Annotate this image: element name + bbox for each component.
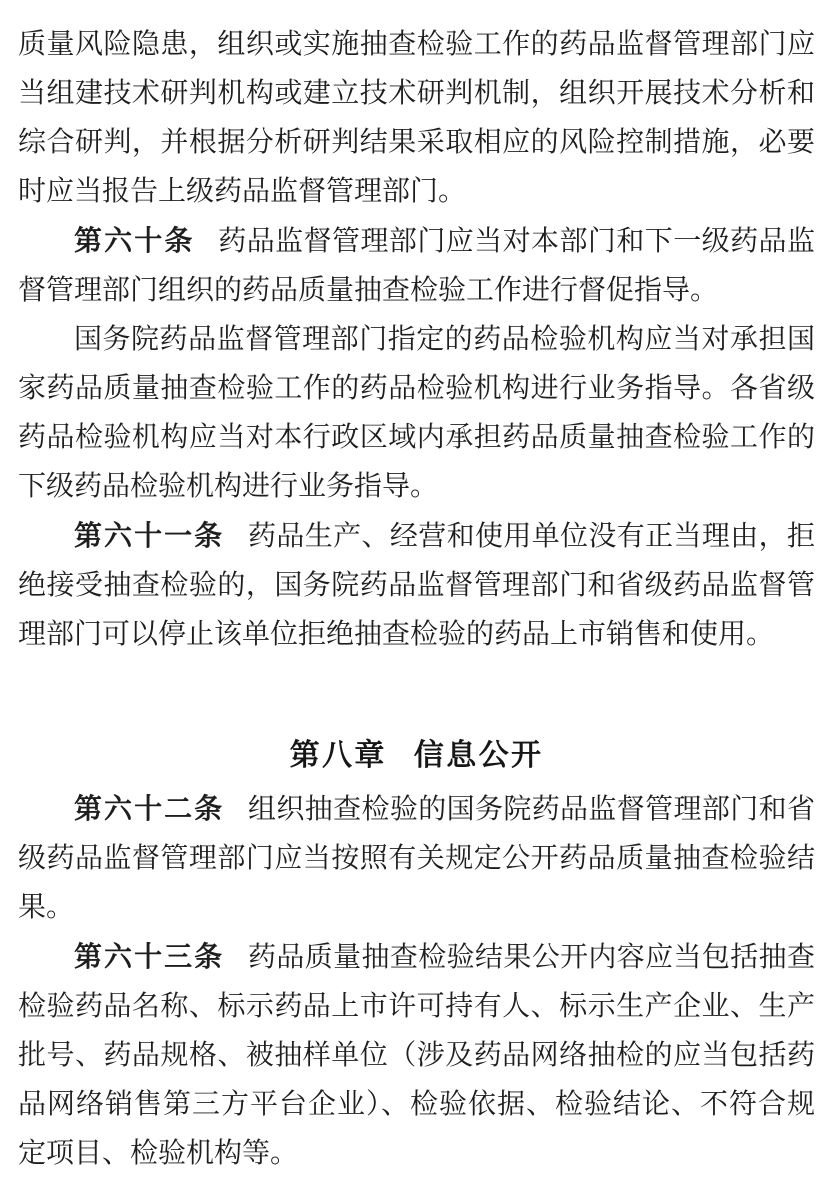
article-60-subparagraph: 国务院药品监督管理部门指定的药品检验机构应当对承担国家药品质量抽查检验工作的药品… <box>18 315 815 511</box>
article-61-paragraph: 第六十一条药品生产、经营和使用单位没有正当理由，拒绝接受抽查检验的，国务院药品监… <box>18 511 815 659</box>
paragraph-text: 国务院药品监督管理部门指定的药品检验机构应当对承担国家药品质量抽查检验工作的药品… <box>18 324 815 502</box>
article-62-paragraph: 第六十二条组织抽查检验的国务院药品监督管理部门和省级药品监督管理部门应当按照有关… <box>18 784 815 932</box>
article-63-text: 药品质量抽查检验结果公开内容应当包括抽查检验药品名称、标示药品上市许可持有人、标… <box>18 942 815 1169</box>
article-63-number: 第六十三条 <box>74 941 224 972</box>
article-60-paragraph: 第六十条药品监督管理部门应当对本部门和下一级药品监督管理部门组织的药品质量抽查检… <box>18 216 815 315</box>
article-63-paragraph: 第六十三条药品质量抽查检验结果公开内容应当包括抽查检验药品名称、标示药品上市许可… <box>18 932 815 1178</box>
chapter-number: 第八章 <box>290 739 387 772</box>
paragraph-continuation: 质量风险隐患，组织或实施抽查检验工作的药品监督管理部门应当组建技术研判机构或建立… <box>18 20 815 216</box>
paragraph-text: 质量风险隐患，组织或实施抽查检验工作的药品监督管理部门应当组建技术研判机构或建立… <box>18 29 815 207</box>
article-62-number: 第六十二条 <box>74 793 224 824</box>
document-page: 质量风险隐患，组织或实施抽查检验工作的药品监督管理部门应当组建技术研判机构或建立… <box>0 0 834 1185</box>
chapter-title: 信息公开 <box>414 739 544 772</box>
chapter-8-heading: 第八章信息公开 <box>18 731 815 780</box>
article-60-number: 第六十条 <box>74 225 194 256</box>
article-61-number: 第六十一条 <box>74 520 224 551</box>
